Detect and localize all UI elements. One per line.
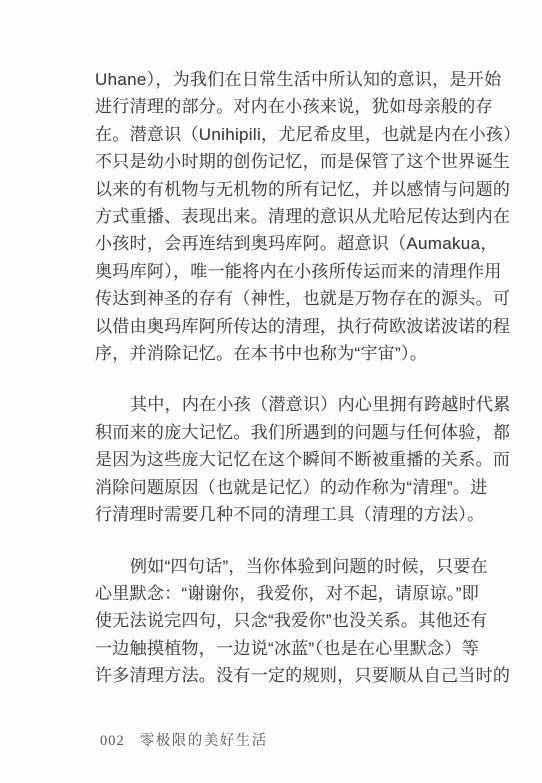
text-line: 以借由奥玛库阿所传达的清理，执行荷欧波诺波诺的程 xyxy=(95,313,477,340)
text-line: 传达到神圣的存有（神性，也就是万物存在的源头。可 xyxy=(95,285,477,312)
text-line: 小孩时，会再连结到奥玛库阿。超意识（Aumakua， xyxy=(95,230,477,257)
text-line: 是因为这些庞大记忆在这个瞬间不断被重播的关系。而 xyxy=(95,446,477,473)
text-line: 进行清理的部分。对内在小孩来说，犹如母亲般的存 xyxy=(95,93,477,120)
book-title: 零极限的美好生活 xyxy=(140,729,268,750)
text-line: 使无法说完四句，只念“我爱你”也没关系。其他还有 xyxy=(95,607,477,634)
paragraph-3: 例如“四句话”，当你体验到问题的时候，只要在 心里默念：“谢谢你，我爱你，对不起… xyxy=(95,553,477,690)
text-line: 不只是幼小时期的创伤记忆，而是保管了这个世界诞生 xyxy=(95,148,477,175)
text-line: 心里默念：“谢谢你，我爱你，对不起，请原谅。”即 xyxy=(95,580,477,607)
page-footer: 002 零极限的美好生活 xyxy=(100,729,268,750)
paragraph-1: Uhane），为我们在日常生活中所认知的意识，是开始 进行清理的部分。对内在小孩… xyxy=(95,66,477,367)
text-line: 积而来的庞大记忆。我们所遇到的问题与任何体验，都 xyxy=(95,419,477,446)
book-page: Uhane），为我们在日常生活中所认知的意识，是开始 进行清理的部分。对内在小孩… xyxy=(0,0,542,783)
text-line: 一边触摸植物，一边说“冰蓝”（也是在心里默念）等 xyxy=(95,635,477,662)
text-line: 方式重播、表现出来。清理的意识从尤哈尼传达到内在 xyxy=(95,203,477,230)
text-line: 序，并消除记忆。在本书中也称为“宇宙”）。 xyxy=(95,340,477,367)
page-text-block: Uhane），为我们在日常生活中所认知的意识，是开始 进行清理的部分。对内在小孩… xyxy=(95,66,477,690)
text-line: 许多清理方法。没有一定的规则，只要顺从自己当时的 xyxy=(95,662,477,689)
page-number: 002 xyxy=(100,733,125,750)
text-line: 奥玛库阿），唯一能将内在小孩所传运而来的清理作用 xyxy=(95,258,477,285)
text-line: 以来的有机物与无机物的所有记忆，并以感情与问题的 xyxy=(95,176,477,203)
text-line: Uhane），为我们在日常生活中所认知的意识，是开始 xyxy=(95,66,477,93)
paragraph-2: 其中，内在小孩（潜意识）内心里拥有跨越时代累 积而来的庞大记忆。我们所遇到的问题… xyxy=(95,391,477,528)
text-line: 例如“四句话”，当你体验到问题的时候，只要在 xyxy=(95,553,477,580)
text-line: 在。潜意识（Unihipili，尤尼希皮里，也就是内在小孩） xyxy=(95,121,477,148)
text-line: 行清理时需要几种不同的清理工具（清理的方法）。 xyxy=(95,501,477,528)
text-line: 其中，内在小孩（潜意识）内心里拥有跨越时代累 xyxy=(95,391,477,418)
text-line: 消除问题原因（也就是记忆）的动作称为“清理”。进 xyxy=(95,474,477,501)
